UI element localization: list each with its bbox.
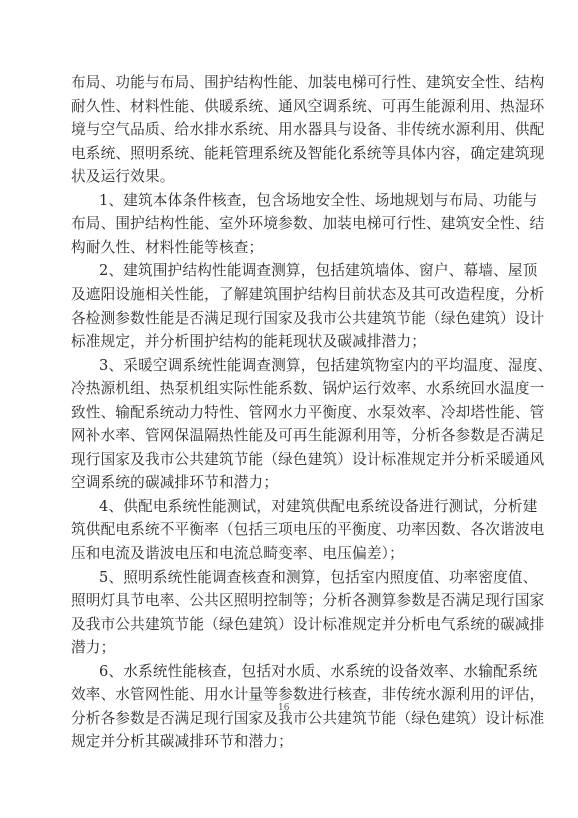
document-page: 布局、功能与布局、围护结构性能、加装电梯可行性、建筑安全性、结构耐久性、材料性能… xyxy=(0,0,578,818)
text-line: 空调系统的碳减排环节和潜力； xyxy=(71,472,511,494)
text-line: 4、供配电系统性能测试，对建筑供配电系统设备进行测试，分析建 xyxy=(99,496,511,518)
text-line: 压和电流及谐波电压和电流总畸变率、电压偏差）； xyxy=(71,543,511,565)
text-line: 境与空气品质、给水排水系统、用水器具与设备、非传统水源利用、供配 xyxy=(71,119,511,141)
text-line: 3、采暖空调系统性能调查测算，包括建筑物室内的平均温度、湿度、 xyxy=(99,355,511,377)
text-line: 现行国家及我市公共建筑节能（绿色建筑）设计标准规定并分析采暖通风 xyxy=(71,449,511,471)
text-line: 5、照明系统性能调查核查和测算，包括室内照度值、功率密度值、 xyxy=(99,567,511,589)
text-line: 及我市公共建筑节能（绿色建筑）设计标准规定并分析电气系统的碳减排 xyxy=(71,614,511,636)
text-line: 2、建筑围护结构性能调查测算，包括建筑墙体、窗户、幕墙、屋顶 xyxy=(99,260,511,282)
text-line: 各检测参数性能是否满足现行国家及我市公共建筑节能（绿色建筑）设计 xyxy=(71,308,511,330)
text-line: 状及运行效果。 xyxy=(71,166,511,188)
text-line: 6、水系统性能核查，包括对水质、水系统的设备效率、水输配系统 xyxy=(99,661,511,683)
text-line: 效率、水管网性能、用水计量等参数进行核查，非传统水源利用的评估， xyxy=(71,684,511,706)
text-line: 耐久性、材料性能、供暖系统、通风空调系统、可再生能源利用、热湿环 xyxy=(71,96,511,118)
text-line: 构耐久性、材料性能等核查； xyxy=(71,237,511,259)
text-line: 网补水率、管网保温隔热性能及可再生能源利用等，分析各参数是否满足 xyxy=(71,425,511,447)
page-number: 16 xyxy=(278,703,289,713)
text-line: 电系统、照明系统、能耗管理系统及智能化系统等具体内容，确定建筑现 xyxy=(71,143,511,165)
text-line: 规定并分析其碳减排环节和潜力； xyxy=(71,731,511,753)
text-line: 筑供配电系统不平衡率（包括三项电压的平衡度、功率因数、各次谐波电 xyxy=(71,519,511,541)
text-line: 布局、围护结构性能、室外环境参数、加装电梯可行性、建筑安全性、结 xyxy=(71,213,511,235)
text-line: 及遮阳设施相关性能，了解建筑围护结构目前状态及其可改造程度，分析 xyxy=(71,284,511,306)
text-line: 布局、功能与布局、围护结构性能、加装电梯可行性、建筑安全性、结构 xyxy=(71,72,511,94)
text-line: 照明灯具节电率、公共区照明控制等；分析各测算参数是否满足现行国家 xyxy=(71,590,511,612)
text-line: 分析各参数是否满足现行国家及我市公共建筑节能（绿色建筑）设计标准 xyxy=(71,708,511,730)
text-line: 标准规定，并分析围护结构的能耗现状及碳减排潜力； xyxy=(71,331,511,353)
text-line: 1、建筑本体条件核查，包含场地安全性、场地规划与布局、功能与 xyxy=(99,190,511,212)
text-line: 潜力； xyxy=(71,637,511,659)
text-line: 冷热源机组、热泵机组实际性能系数、锅炉运行效率、水系统回水温度一 xyxy=(71,378,511,400)
text-line: 致性、输配系统动力特性、管网水力平衡度、水泵效率、冷却塔性能、管 xyxy=(71,402,511,424)
